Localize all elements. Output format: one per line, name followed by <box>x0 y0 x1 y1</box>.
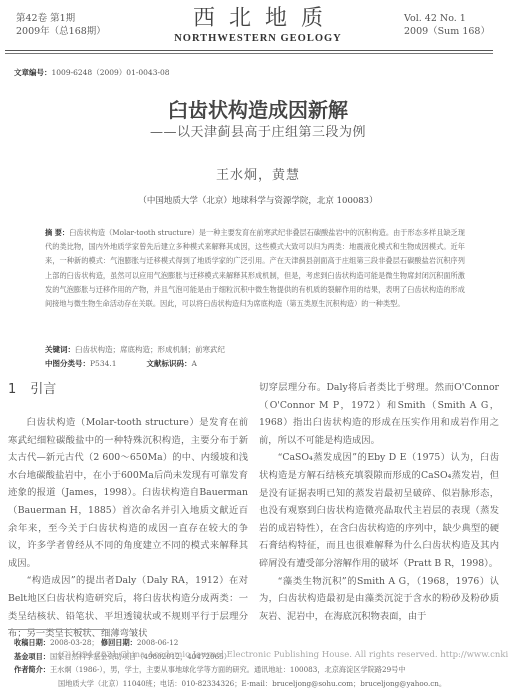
body-paragraph: “CaSO₄蒸发成因”的Eby D E（1975）认为，臼齿状构造是方解石结核充… <box>259 449 499 572</box>
received-date: 2008-03-28； <box>50 638 99 647</box>
fund-label: 基金项目： <box>14 652 50 661</box>
article-subtitle: ——以天津蓟县高于庄组第三段为例 <box>0 121 516 140</box>
authors: 王水炯，黄慧 <box>0 164 516 183</box>
article-title: 臼齿状构造成因新解 <box>0 94 516 123</box>
header-rule-thick <box>5 50 493 51</box>
body-paragraph: 臼齿状构造（Molar-tooth structure）是发育在前寒武纪细粒碳酸… <box>8 414 248 572</box>
keywords-text: 臼齿状构造；席底构造；形成机制；前寒武纪 <box>75 345 225 354</box>
copyright-watermark: (C)1994-2021 China Academic Journal Elec… <box>58 649 508 663</box>
article-number: 文章编号：1009-6248（2009）01-0043-08 <box>14 67 170 78</box>
footnote-rule <box>8 629 108 630</box>
issue-info-en: Vol. 42 No. 1 2009（Sum 168） <box>404 12 490 38</box>
issue-volume-en: Vol. 42 No. 1 <box>404 12 490 25</box>
author-bio-continued: 国地质大学（北京）11040班；电话：010-82334326；E-mail：b… <box>14 677 514 691</box>
clc-value: P534.1 <box>90 359 117 368</box>
author-bio-line: 作者简介：王水炯（1986-），男，学士，主要从事地球化学等方面的研究。通讯地址… <box>14 663 514 677</box>
revised-label: 修回日期： <box>101 638 137 647</box>
section-heading: 1引言 <box>8 378 56 397</box>
issue-year-en: 2009（Sum 168） <box>404 25 490 38</box>
doc-code-value: A <box>192 359 197 368</box>
abstract: 摘 要：臼齿状构造（Molar-tooth structure）是一种主要发育在… <box>45 226 465 311</box>
body-column-left: 臼齿状构造（Molar-tooth structure）是发育在前寒武纪细粒碳酸… <box>8 414 248 643</box>
article-number-label: 文章编号： <box>14 68 52 77</box>
abstract-text: 臼齿状构造（Molar-tooth structure）是一种主要发育在前寒武纪… <box>45 228 465 308</box>
section-title: 引言 <box>30 382 56 397</box>
footnote: 收稿日期：2008-03-28； 修回日期：2008-06-12 基金项目：国家… <box>14 636 514 690</box>
body-column-right: 切穿层理分布。Daly将后者类比于劈理。然而O'Connor（O'Connor … <box>259 379 499 625</box>
doc-code-label: 文献标识码： <box>147 359 192 368</box>
body-paragraph: “藻类生物沉积”的Smith A G，（1968，1976）认为，臼齿状构造最初… <box>259 573 499 626</box>
header-rule-thin <box>5 53 493 54</box>
body-paragraph: “构造成因”的提出者Daly（Daly RA，1912）在对Belt地区臼齿状构… <box>8 572 248 642</box>
affiliation: （中国地质大学（北京）地球科学与资源学院，北京 100083） <box>0 194 516 206</box>
bio-label: 作者简介： <box>14 665 50 674</box>
fund-line: 基金项目：国家自然科学基金资助项目（49802012，40472065） (C)… <box>14 650 514 664</box>
keywords: 关键词：臼齿状构造；席底构造；形成机制；前寒武纪 <box>45 344 225 355</box>
revised-date: 2008-06-12 <box>137 638 178 647</box>
section-number: 1 <box>8 382 16 397</box>
abstract-label: 摘 要： <box>45 228 69 237</box>
received-label: 收稿日期： <box>14 638 50 647</box>
keywords-label: 关键词： <box>45 345 75 354</box>
classification: 中图分类号：P534.1文献标识码：A <box>45 358 197 369</box>
clc-label: 中图分类号： <box>45 359 90 368</box>
article-number-value: 1009-6248（2009）01-0043-08 <box>52 68 170 77</box>
dates-line: 收稿日期：2008-03-28； 修回日期：2008-06-12 <box>14 636 514 650</box>
bio-text: 王水炯（1986-），男，学士，主要从事地球化学等方面的研究。通讯地址：1000… <box>50 665 406 674</box>
body-paragraph: 切穿层理分布。Daly将后者类比于劈理。然而O'Connor（O'Connor … <box>259 379 499 449</box>
